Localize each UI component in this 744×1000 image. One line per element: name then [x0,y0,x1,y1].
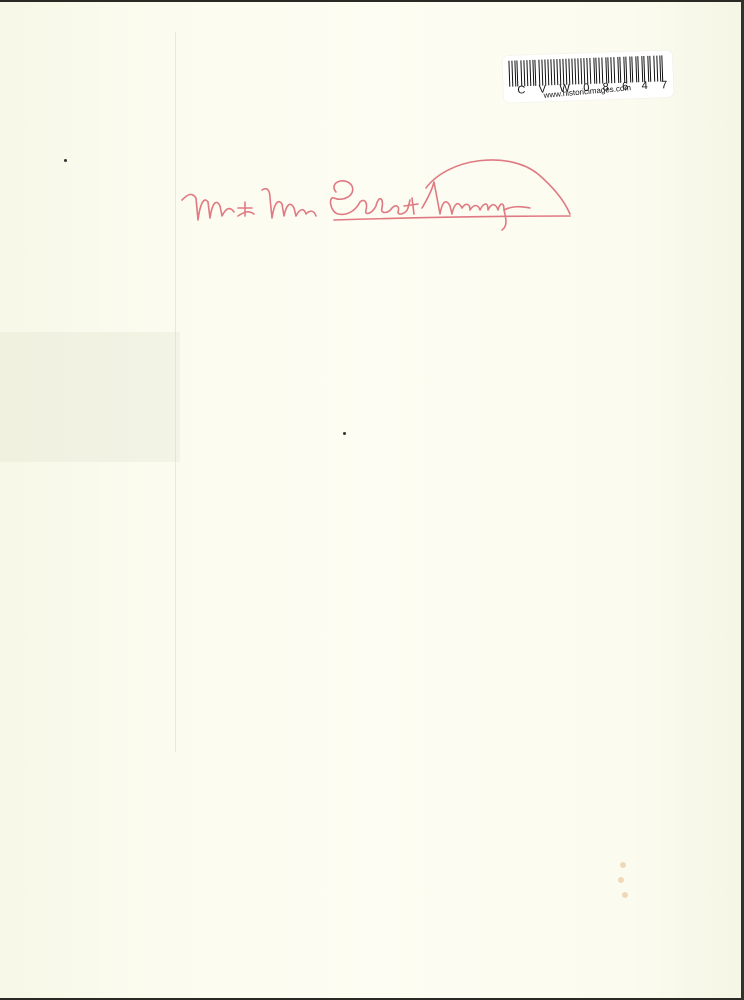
document-page: CVW08647 www.historicimages.com Mr [0,2,741,998]
handwritten-inscription: Mr + Mrs Robert Maury [178,152,578,232]
barcode-character: 7 [661,79,668,91]
speck [64,159,67,162]
barcode-character: C [517,84,525,96]
crease-line [175,32,176,752]
barcode-character: 4 [641,80,648,92]
foxing-stain [620,862,626,868]
foxing-stain [622,892,628,898]
paper-shading [0,332,180,462]
speck [343,432,346,435]
barcode-label: CVW08647 www.historicimages.com [502,50,674,103]
inscription-text: Mr + Mrs Robert Maury [182,186,455,211]
foxing-stain [618,877,624,883]
